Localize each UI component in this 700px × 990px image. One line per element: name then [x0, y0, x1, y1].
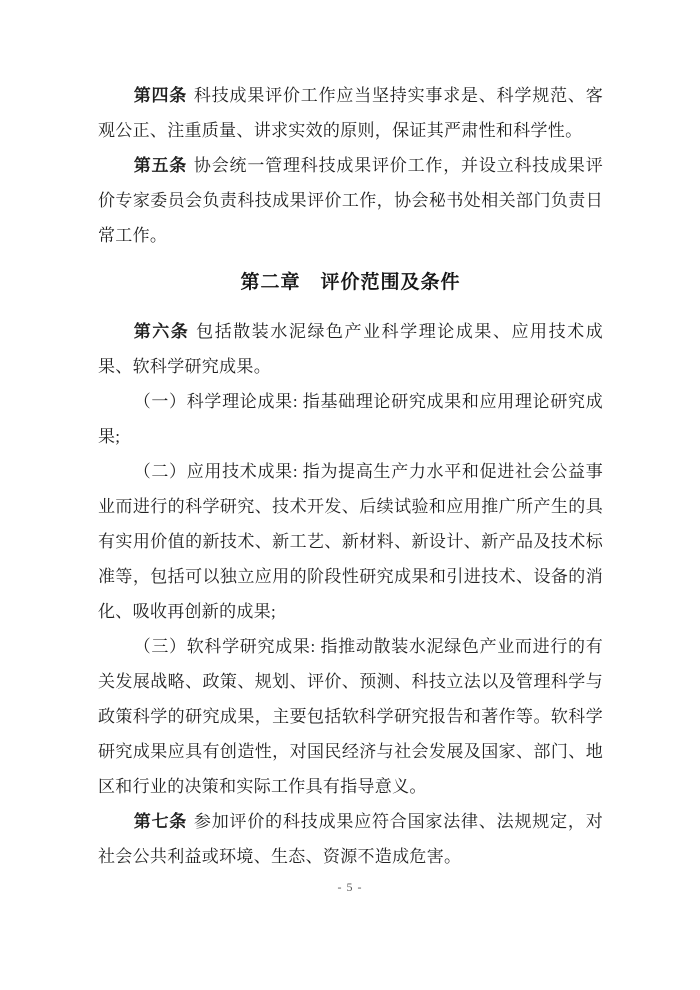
- article-7-term: 第七条: [134, 812, 187, 831]
- chapter-2-heading: 第二章 评价范围及条件: [98, 265, 603, 300]
- article-6-term: 第六条: [134, 322, 190, 341]
- article-6-item-2-text: （二）应用技术成果: 指为提高生产力水平和促进社会公益事业而进行的科学研究、技术…: [98, 462, 603, 621]
- article-6-paragraph: 第六条包括散装水泥绿色产业科学理论成果、应用技术成果、软科学研究成果。: [98, 314, 603, 384]
- article-7-paragraph: 第七条参加评价的科技成果应符合国家法律、法规规定，对社会公共利益或环境、生态、资…: [98, 804, 603, 874]
- article-4-paragraph: 第四条科技成果评价工作应当坚持实事求是、科学规范、客观公正、注重质量、讲求实效的…: [98, 78, 603, 148]
- article-6-item-3-paragraph: （三）软科学研究成果: 指推动散装水泥绿色产业而进行的有关发展战略、政策、规划、…: [98, 629, 603, 804]
- article-6-item-2-paragraph: （二）应用技术成果: 指为提高生产力水平和促进社会公益事业而进行的科学研究、技术…: [98, 454, 603, 629]
- article-6-item-1-text: （一）科学理论成果: 指基础理论研究成果和应用理论研究成果;: [98, 392, 603, 446]
- page-number: - 5 -: [0, 880, 700, 895]
- article-4-term: 第四条: [134, 86, 187, 105]
- article-5-paragraph: 第五条协会统一管理科技成果评价工作，并设立科技成果评价专家委员会负责科技成果评价…: [98, 148, 603, 253]
- article-5-term: 第五条: [134, 156, 187, 175]
- document-page: 第四条科技成果评价工作应当坚持实事求是、科学规范、客观公正、注重质量、讲求实效的…: [0, 0, 700, 990]
- document-body: 第四条科技成果评价工作应当坚持实事求是、科学规范、客观公正、注重质量、讲求实效的…: [98, 78, 603, 874]
- article-6-item-1-paragraph: （一）科学理论成果: 指基础理论研究成果和应用理论研究成果;: [98, 384, 603, 454]
- article-6-item-3-text: （三）软科学研究成果: 指推动散装水泥绿色产业而进行的有关发展战略、政策、规划、…: [98, 637, 603, 796]
